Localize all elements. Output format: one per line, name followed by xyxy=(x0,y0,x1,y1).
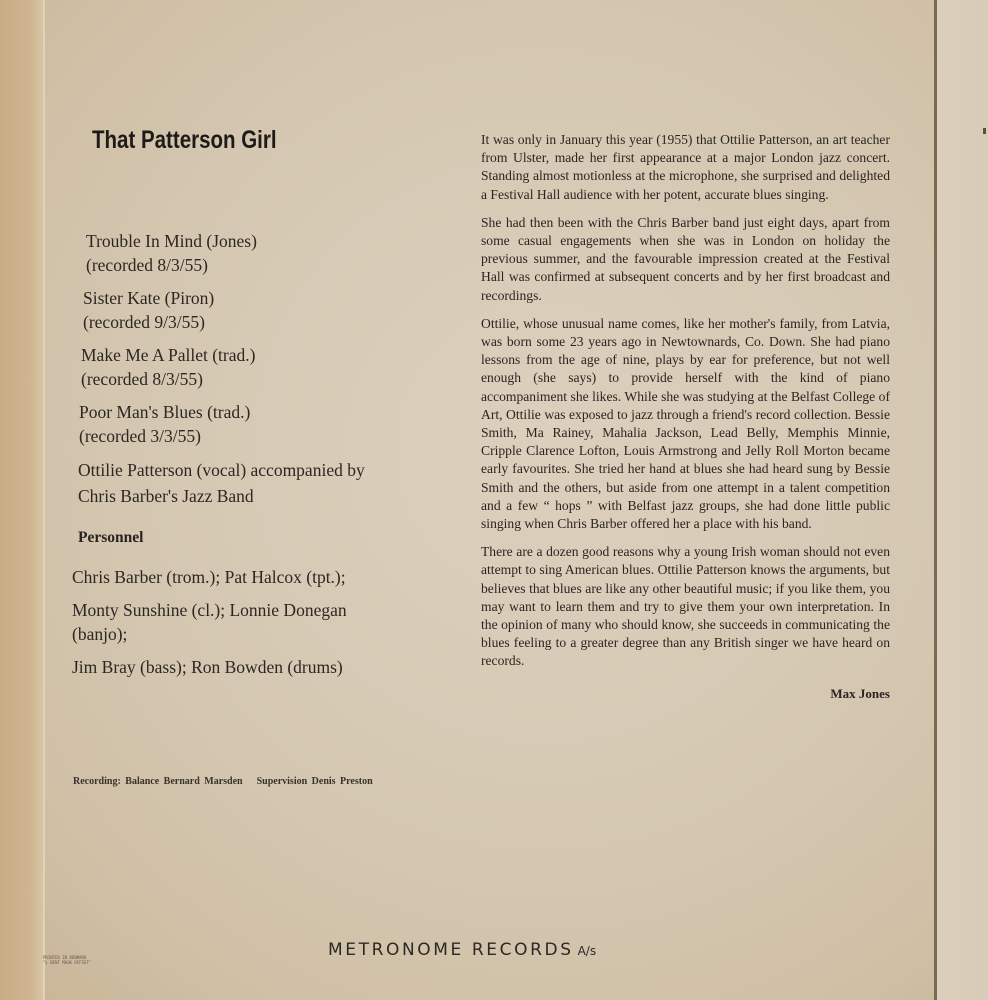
personnel-list: Chris Barber (trom.); Pat Halcox (tpt.);… xyxy=(72,565,462,688)
liner-notes-paragraph: Ottilie, whose unusual name comes, like … xyxy=(481,315,890,533)
personnel-row: Chris Barber (trom.); Pat Halcox (tpt.); xyxy=(72,565,462,589)
performer-credit: Ottilie Patterson (vocal) accompanied by… xyxy=(74,457,454,509)
liner-notes-paragraph: She had then been with the Chris Barber … xyxy=(481,214,890,305)
track-name: Trouble In Mind (Jones) xyxy=(86,229,454,253)
balance-engineer-credit: Recording: Balance Bernard Marsden xyxy=(73,776,243,787)
printer-imprint-line: "L BENT MAGK OFFSET" xyxy=(43,960,91,965)
track-recorded-date: (recorded 8/3/55) xyxy=(81,367,454,391)
edge-mark xyxy=(983,128,986,134)
track-item: Poor Man's Blues (trad.) (recorded 3/3/5… xyxy=(74,400,454,448)
track-name: Poor Man's Blues (trad.) xyxy=(79,400,454,424)
personnel-row: Monty Sunshine (cl.); Lonnie Donegan xyxy=(72,598,462,622)
printer-imprint: PRINTED IN DENMARK "L BENT MAGK OFFSET" xyxy=(43,955,91,965)
recording-credits: Recording: Balance Bernard MarsdenSuperv… xyxy=(73,776,373,787)
track-item: Sister Kate (Piron) (recorded 9/3/55) xyxy=(74,286,454,334)
track-name: Sister Kate (Piron) xyxy=(83,286,454,310)
sleeve-crease xyxy=(43,0,45,1000)
album-title: That Patterson Girl xyxy=(92,126,277,155)
record-label-name: METRONOME RECORDS xyxy=(328,940,574,960)
track-recorded-date: (recorded 3/3/55) xyxy=(79,424,454,448)
personnel-heading: Personnel xyxy=(78,529,143,547)
personnel-row: (banjo); xyxy=(72,622,462,646)
liner-notes-paragraph: There are a dozen good reasons why a you… xyxy=(481,543,890,670)
track-item: Trouble In Mind (Jones) (recorded 8/3/55… xyxy=(74,229,454,277)
track-name: Make Me A Pallet (trad.) xyxy=(81,343,454,367)
liner-notes-author: Max Jones xyxy=(481,685,890,703)
track-item: Make Me A Pallet (trad.) (recorded 8/3/5… xyxy=(74,343,454,391)
performer-credit-line: Ottilie Patterson (vocal) accompanied by xyxy=(78,457,454,483)
supervision-credit: Supervision Denis Preston xyxy=(257,776,373,787)
sleeve-left-edge xyxy=(0,0,44,1000)
liner-notes-paragraph: It was only in January this year (1955) … xyxy=(481,131,890,204)
track-recorded-date: (recorded 9/3/55) xyxy=(83,310,454,334)
record-label: METRONOME RECORDSA/s xyxy=(328,940,596,960)
track-list: Trouble In Mind (Jones) (recorded 8/3/55… xyxy=(74,229,454,509)
record-label-suffix: A/s xyxy=(578,944,597,958)
liner-notes: It was only in January this year (1955) … xyxy=(481,131,890,703)
track-recorded-date: (recorded 8/3/55) xyxy=(86,253,454,277)
performer-credit-line: Chris Barber's Jazz Band xyxy=(78,483,454,509)
personnel-row: Jim Bray (bass); Ron Bowden (drums) xyxy=(72,655,462,679)
sleeve-right-flap xyxy=(937,0,988,1000)
